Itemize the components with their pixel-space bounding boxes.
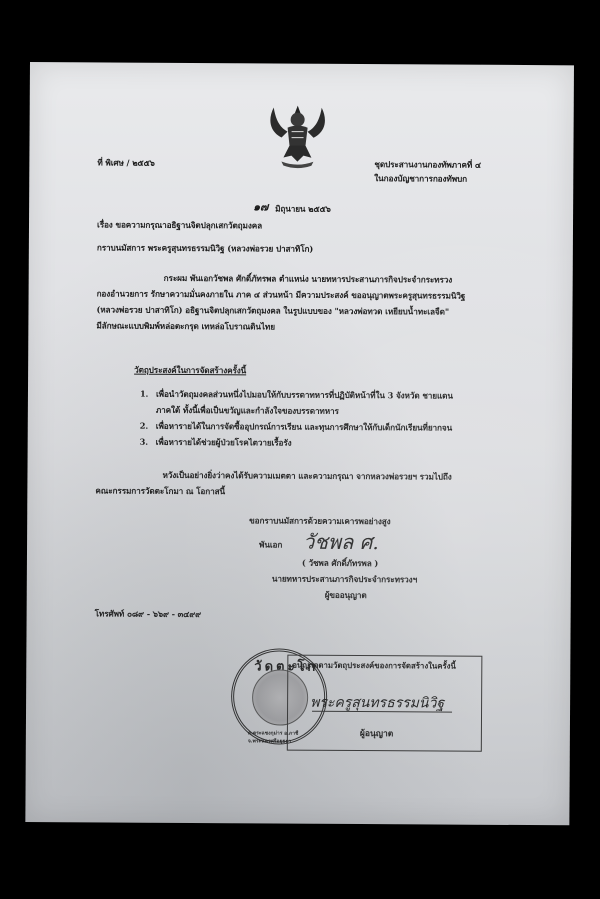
letter-paper: ที่ พิเศษ / ๒๕๕๖ ชุดประสานงานกองทัพภาคที…	[25, 62, 574, 825]
approval-box: อนุญาตตามวัตถุประสงค์ของการจัดสร้างในครั…	[287, 655, 483, 752]
sender-office-line1: ชุดประสานงานกองทัพภาคที่ ๔	[374, 159, 481, 171]
objective-text: เพื่อหารายได้ในการจัดซื้ออุปกรณ์การเรียน…	[156, 421, 452, 434]
phone-number: โทรศัพท์ ๐๘๙ - ๖๖๙ - ๓๔๙๙	[95, 608, 201, 620]
signer-position: นายทหารประสานภารกิจประจำกระทรวงฯ	[272, 573, 417, 585]
objective-number: 2.	[140, 421, 148, 432]
approval-role: ผู้อนุญาต	[360, 726, 394, 740]
signer-role: ผู้ขออนุญาต	[325, 590, 367, 601]
objective-number: 3.	[140, 437, 148, 448]
signer-rank: พันเอก	[259, 539, 282, 550]
objective-text: เพื่อนำวัตถุมงคลส่วนหนึ่งไปมอบให้กับบรรด…	[156, 389, 453, 402]
objectives-heading: วัตถุประสงค์ในการจัดสร้างครั้งนี้	[134, 365, 246, 377]
signer-name: ( วัชพล ศักดิ์ภัทรพล )	[302, 558, 378, 569]
date-month-year: มิถุนายน ๒๕๕๖	[275, 204, 331, 215]
date-day: ๑๗	[253, 201, 268, 212]
objective-text: ภาคใต้ ทั้งนี้เพื่อเป็นขวัญและกำลังใจของ…	[156, 405, 339, 417]
closing-line: คณะกรรมการวัดตะโกมา ณ โอกาสนี้	[95, 485, 225, 497]
body-line: (หลวงพ่อรวย ปาสาทิโก) อธิฐานจิตปลุกเสกวั…	[96, 304, 449, 317]
salutation-line: กราบนมัสการ พระครูสุนทรธรรมนิวิฐ (หลวงพ่…	[97, 242, 313, 254]
body-line: มีลักษณะแบบพิมพ์หล่อตะกรุด เทหล่อโบราณดิ…	[96, 320, 275, 332]
body-line: กระผม พันเอกวัชพล ศักดิ์ภัทรพล ตำแหน่ง น…	[164, 273, 453, 286]
signer-signature: วัชพล ศ.	[303, 526, 379, 558]
closing-line: หวังเป็นอย่างยิ่งว่าคงได้รับความเมตตา แล…	[162, 470, 451, 483]
subject-line: เรื่อง ขอความกรุณาอธิฐานจิตปลุกเสกวัตถุม…	[97, 219, 262, 231]
garuda-emblem-icon	[265, 101, 329, 171]
approval-title: อนุญาตตามวัตถุประสงค์ของการจัดสร้างในครั…	[292, 660, 456, 673]
sender-office-line2: ในกองบัญชาการกองทัพบก	[374, 173, 467, 185]
objective-number: 1.	[140, 389, 148, 400]
objective-text: เพื่อหารายได้ช่วยผู้ป่วยโรคไตวายเรื้อรัง	[156, 437, 292, 449]
reference-number: ที่ พิเศษ / ๒๕๕๖	[97, 157, 154, 168]
body-line: กองอำนวยการ รักษาความมั่นคงภายใน ภาค ๔ ส…	[97, 288, 466, 301]
